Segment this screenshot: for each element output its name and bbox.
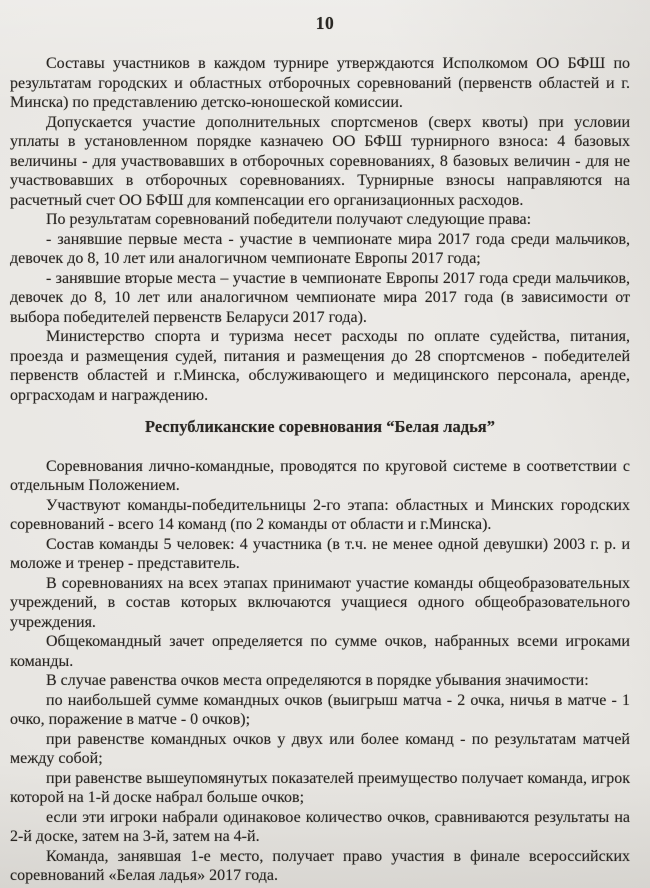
paragraph-extra-athletes-fee: Допускается участие дополнительных спорт…: [10, 113, 630, 211]
paragraph-tiebreak-board1: при равенстве вышеупомянутых показателей…: [10, 769, 630, 808]
list-item-first-place: - занявшие первые места - участие в чемп…: [10, 230, 630, 269]
paragraph-tiebreak-intro: В случае равенства очков места определяю…: [10, 671, 630, 691]
document-body: Составы участников в каждом турнире утве…: [10, 54, 630, 886]
paragraph-participants: Составы участников в каждом турнире утве…: [10, 54, 630, 113]
paragraph-team-scoring: Общекомандный зачет определяется по сумм…: [10, 632, 630, 671]
paragraph-tiebreak-other-boards: если эти игроки набрали одинаковое колич…: [10, 808, 630, 847]
paragraph-ministry-expenses: Министерство спорта и туризма несет расх…: [10, 327, 630, 405]
paragraph-participating-teams: Участвуют команды-победительницы 2-го эт…: [10, 496, 630, 535]
paragraph-winners-rights-intro: По результатам соревнований победители п…: [10, 210, 630, 230]
paragraph-final-qualification: Команда, занявшая 1-е место, получает пр…: [10, 847, 630, 886]
paragraph-competition-system: Соревнования лично-командные, проводятся…: [10, 457, 630, 496]
section-heading: Республиканские соревнования “Белая ладь…: [10, 417, 630, 437]
paragraph-team-composition: Состав команды 5 человек: 4 участника (в…: [10, 535, 630, 574]
list-item-second-place: - занявшие вторые места – участие в чемп…: [10, 269, 630, 328]
paragraph-tiebreak-match-points: по наибольшей сумме командных очков (выи…: [10, 691, 630, 730]
paragraph-tiebreak-head-to-head: при равенстве командных очков у двух или…: [10, 730, 630, 769]
paragraph-school-teams: В соревнованиях на всех этапах принимают…: [10, 574, 630, 633]
page-number: 10: [0, 0, 650, 34]
scanned-page: 10 Составы участников в каждом турнире у…: [0, 0, 650, 888]
